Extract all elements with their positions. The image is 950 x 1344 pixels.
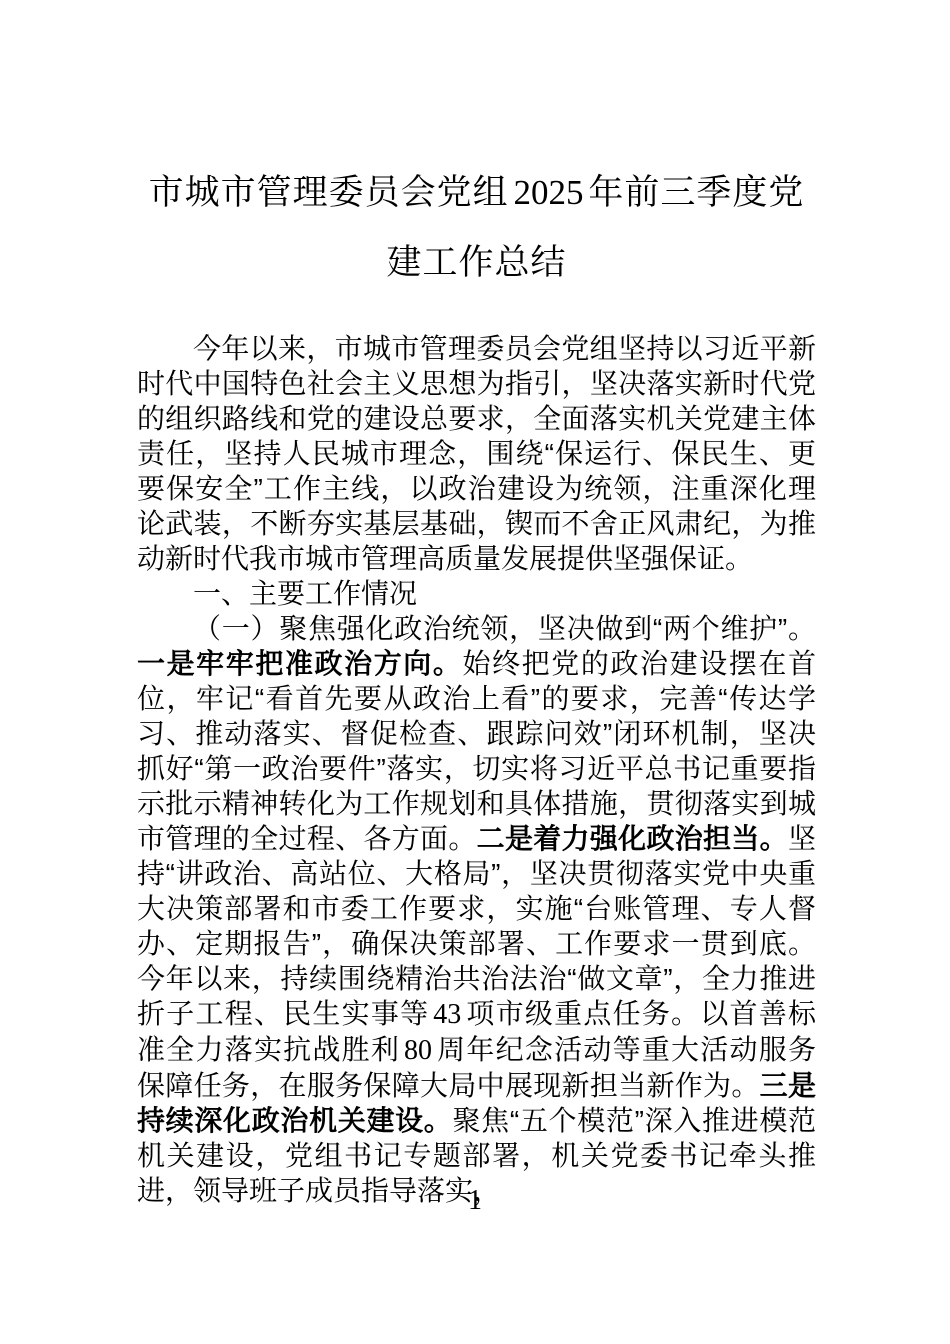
section-heading-1: 一、主要工作情况 xyxy=(137,576,816,611)
document-body: 今年以来，市城市管理委员会党组坚持以习近平新时代中国特色社会主义思想为指引，坚决… xyxy=(137,331,816,1208)
document-title: 市城市管理委员会党组2025年前三季度党建工作总结 xyxy=(137,158,816,298)
para2-seg-01: （一）聚焦强化政治统领，坚决做到“两个维护”。 xyxy=(193,613,816,644)
document-page: 市城市管理委员会党组2025年前三季度党建工作总结 今年以来，市城市管理委员会党… xyxy=(0,0,950,1344)
title-text-before-year: 市城市管理委员会党组 xyxy=(149,173,509,212)
paragraph-section-1-1: （一）聚焦强化政治统领，坚决做到“两个维护”。一是牢牢把准政治方向。始终把党的政… xyxy=(137,611,816,1208)
paragraph-intro-text: 今年以来，市城市管理委员会党组坚持以习近平新时代中国特色社会主义思想为指引，坚决… xyxy=(137,333,816,574)
page-number-text: 1 xyxy=(468,1185,482,1216)
para2-seg-08-number: 80 xyxy=(404,1035,432,1066)
page-number: 1 xyxy=(0,1186,950,1216)
paragraph-intro: 今年以来，市城市管理委员会党组坚持以习近平新时代中国特色社会主义思想为指引，坚决… xyxy=(137,331,816,576)
para2-seg-06-number: 43 xyxy=(433,999,461,1030)
section-heading-1-text: 一、主要工作情况 xyxy=(193,578,417,609)
title-year: 2025 xyxy=(514,173,584,212)
para2-seg-04-bold: 二是着力强化政治担当。 xyxy=(477,823,788,854)
page-content: 市城市管理委员会党组2025年前三季度党建工作总结 今年以来，市城市管理委员会党… xyxy=(0,0,950,1208)
para2-seg-02-bold: 一是牢牢把准政治方向。 xyxy=(137,648,463,679)
